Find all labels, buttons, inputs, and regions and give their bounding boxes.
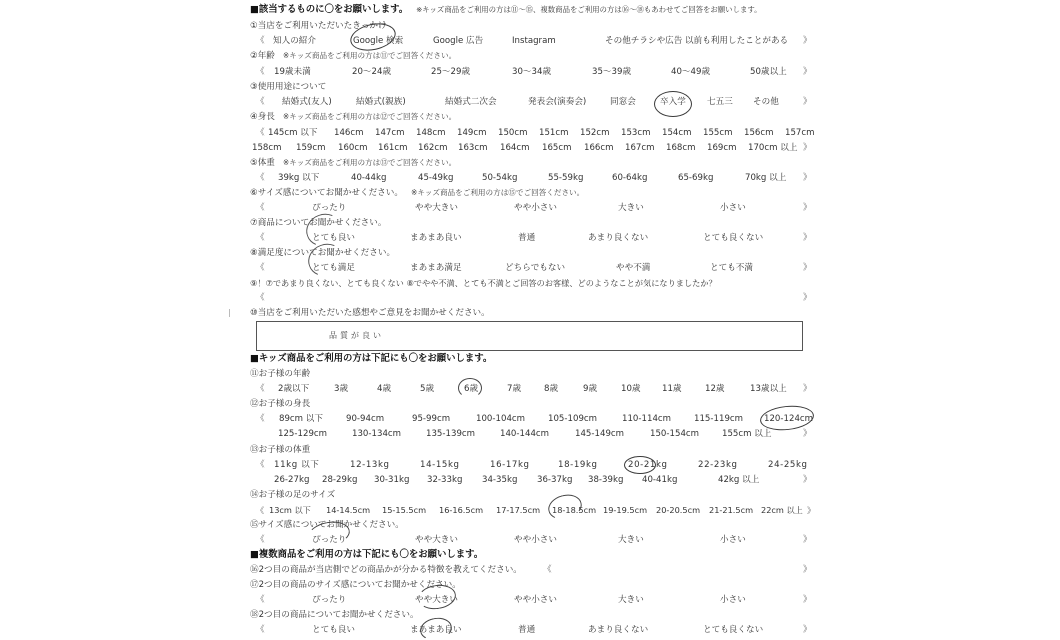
q12-option[interactable]: 135-139cm (426, 426, 475, 442)
bracket-close: 》 (803, 381, 812, 397)
q7-option[interactable]: とても良い (312, 230, 355, 246)
bracket-close: 》 (803, 562, 812, 578)
q6-option[interactable]: 大きい (618, 200, 644, 216)
q13-option[interactable]: 28-29kg (322, 472, 357, 488)
q4-option[interactable]: 169cm (707, 140, 737, 156)
q11-option[interactable]: 7歳 (507, 381, 521, 397)
bracket-open: 《 (256, 170, 265, 186)
q4-option[interactable]: 166cm (584, 140, 614, 156)
q4-option[interactable]: 158cm (252, 140, 282, 156)
q15-options: 《 ぴったり やや大きい やや小さい 大きい 小さい 》 (250, 532, 815, 548)
q4-option[interactable]: 152cm (580, 125, 610, 141)
bracket-close: 》 (803, 290, 812, 306)
q11-options: 《 2歳以下 3歳 4歳 5歳 6歳 7歳 8歳 9歳 10歳 11歳 12歳 … (250, 381, 815, 397)
q5-note: ※キッズ商品をご利用の方は⑬でご回答ください。 (283, 158, 456, 167)
q13-option[interactable]: 26-27kg (274, 472, 309, 488)
q17-label: ⑰2つ目の商品のサイズ感についてお聞かせください。 (250, 577, 461, 593)
q6-option[interactable]: やや小さい (514, 200, 557, 216)
q18-option[interactable]: とても良い (312, 622, 355, 638)
q11-option[interactable]: 3歳 (334, 381, 348, 397)
q12-option[interactable]: 150-154cm (650, 426, 699, 442)
q13-option[interactable]: 20-21kg (628, 457, 668, 473)
q11-label: ⑪お子様の年齢 (250, 366, 310, 382)
q4-option[interactable]: 165cm (542, 140, 572, 156)
q17-option[interactable]: 大きい (618, 592, 644, 608)
q15-label: ⑮サイズ感についてお聞かせください。 (250, 517, 404, 533)
q5-option[interactable]: 39kg 以下 (278, 170, 319, 186)
q4-options-row2: 158cm 159cm 160cm 161cm 162cm 163cm 164c… (250, 140, 815, 156)
bracket-close: 》 (803, 33, 812, 49)
q2-option[interactable]: 40～49歳 (671, 64, 710, 80)
q7-label: ⑦商品についてお聞かせください。 (250, 215, 386, 231)
q2-label-text: ②年齢 (250, 51, 275, 61)
q3-option[interactable]: 結婚式(親族) (356, 94, 406, 110)
bracket-open: 《 (256, 502, 264, 518)
bracket-close: 》 (803, 260, 812, 276)
bracket-close: 》 (803, 472, 812, 488)
q4-option[interactable]: 155cm (703, 125, 733, 141)
q12-option[interactable]: 145-149cm (575, 426, 624, 442)
bracket-open: 《 (256, 230, 265, 246)
bracket-close: 》 (803, 230, 812, 246)
q6-option[interactable]: やや大きい (415, 200, 458, 216)
q12-option[interactable]: 115-119cm (694, 411, 743, 427)
bracket-close: 》 (803, 592, 812, 608)
q18-option[interactable]: とても良くない (703, 622, 763, 638)
bracket-open: 《 (256, 411, 265, 427)
q13-option[interactable]: 24-25kg (768, 457, 808, 473)
q12-option[interactable]: 89cm 以下 (279, 411, 323, 427)
bracket-open: 《 (256, 125, 265, 141)
q4-option[interactable]: 170cm 以上 (748, 140, 797, 156)
bracket-open: 《 (256, 457, 265, 473)
q8-option[interactable]: とても満足 (312, 260, 355, 276)
q13-option[interactable]: 22-23kg (698, 457, 738, 473)
q3-option[interactable]: その他 (753, 94, 779, 110)
q4-option[interactable]: 160cm (338, 140, 368, 156)
bracket-open: 《 (256, 33, 265, 49)
q15-option[interactable]: 大きい (618, 532, 644, 548)
q14-option[interactable]: 20-20.5cm (656, 502, 700, 518)
q3-option[interactable]: 同窓会 (610, 94, 636, 110)
q11-option[interactable]: 9歳 (583, 381, 597, 397)
q12-option[interactable]: 155cm 以上 (722, 426, 771, 442)
q4-option[interactable]: 159cm (296, 140, 326, 156)
q12-option[interactable]: 140-144cm (500, 426, 549, 442)
q13-option[interactable]: 36-37kg (537, 472, 572, 488)
q2-note: ※キッズ商品をご利用の方は⑪でご回答ください。 (283, 51, 456, 60)
q8-label: ⑧満足度についてお聞かせください。 (250, 245, 395, 261)
scan-artifact (229, 309, 230, 317)
q13-option[interactable]: 34-35kg (482, 472, 517, 488)
q4-option[interactable]: 161cm (378, 140, 408, 156)
q5-label: ⑤体重※キッズ商品をご利用の方は⑬でご回答ください。 (250, 155, 456, 171)
q13-options-row1: 《 11kg 以下 12-13kg 14-15kg 16-17kg 18-19k… (250, 457, 820, 473)
q17-option[interactable]: 小さい (720, 592, 746, 608)
q8-option[interactable]: とても不満 (710, 260, 753, 276)
q4-option[interactable]: 150cm (498, 125, 528, 141)
q13-option[interactable]: 38-39kg (588, 472, 623, 488)
bracket-close: 》 (803, 64, 812, 80)
q2-option[interactable]: 30～34歳 (512, 64, 551, 80)
q14-option[interactable]: 14-14.5cm (326, 502, 370, 518)
q4-option[interactable]: 163cm (458, 140, 488, 156)
q1-option[interactable]: 以前も利用したことがある (685, 33, 788, 49)
q2-option[interactable]: 25～29歳 (431, 64, 470, 80)
q15-option[interactable]: 小さい (720, 532, 746, 548)
q12-option[interactable]: 120-124cm (764, 411, 813, 427)
q13-option[interactable]: 11kg 以下 (274, 457, 320, 473)
bracket-open: 《 (256, 200, 265, 216)
q2-option[interactable]: 19歳未満 (274, 64, 311, 80)
q4-option[interactable]: 153cm (621, 125, 651, 141)
q5-option[interactable]: 60-64kg (612, 170, 647, 186)
bracket-open: 《 (256, 94, 265, 110)
q3-option[interactable]: 卒入学 (660, 94, 686, 110)
q4-option[interactable]: 162cm (418, 140, 448, 156)
q18-label: ⑱2つ目の商品についてお聞かせください。 (250, 607, 419, 623)
q6-label: ⑥サイズ感についてお聞かせください。※キッズ商品をご利用の方は⑮でご回答ください… (250, 185, 584, 201)
q5-option[interactable]: 55-59kg (548, 170, 583, 186)
bracket-close: 》 (807, 502, 815, 518)
q13-option[interactable]: 18-19kg (558, 457, 598, 473)
q16-row: ⑯2つ目の商品が当店側でどの商品かが分かる特徴を教えてください。 《 》 (250, 562, 815, 578)
q9-label: ⑨！⑦であまり良くない、とても良くない ⑧でやや不満、とても不満とご回答のお客様… (250, 275, 717, 291)
q14-option[interactable]: 15-15.5cm (382, 502, 426, 518)
q18-option[interactable]: あまり良くない (588, 622, 648, 638)
bracket-close: 》 (803, 170, 812, 186)
q13-option[interactable]: 40-41kg (642, 472, 677, 488)
q1-option[interactable]: その他チラシや広告 (605, 33, 682, 49)
q14-option[interactable]: 17-17.5cm (496, 502, 540, 518)
q4-option[interactable]: 164cm (500, 140, 530, 156)
section-main-title: ■該当するものに〇をお願いします。 (250, 4, 408, 15)
q4-option[interactable]: 147cm (375, 125, 405, 141)
q4-option[interactable]: 151cm (539, 125, 569, 141)
q11-option[interactable]: 8歳 (544, 381, 558, 397)
q3-option[interactable]: 発表会(演奏会) (528, 94, 586, 110)
q10-comment-box[interactable]: 品質が良い (256, 321, 803, 351)
q7-option[interactable]: あまり良くない (588, 230, 648, 246)
q12-label: ⑫お子様の身長 (250, 396, 310, 412)
q12-option[interactable]: 105-109cm (548, 411, 597, 427)
q1-option[interactable]: 知人の紹介 (273, 33, 316, 49)
q16-label: ⑯2つ目の商品が当店側でどの商品かが分かる特徴を教えてください。 (250, 562, 522, 578)
q14-option[interactable]: 22cm 以上 (761, 502, 803, 518)
q4-option[interactable]: 148cm (416, 125, 446, 141)
q15-option[interactable]: やや大きい (415, 532, 458, 548)
q18-option[interactable]: 普通 (518, 622, 535, 638)
bracket-open: 《 (256, 290, 265, 306)
q14-label: ⑭お子様の足のサイズ (250, 487, 335, 503)
q17-option[interactable]: やや小さい (514, 592, 557, 608)
q17-option[interactable]: ぴったり (312, 592, 346, 608)
bracket-open: 《 (256, 592, 265, 608)
q12-options-row1: 《 89cm 以下 90-94cm 95-99cm 100-104cm 105-… (250, 411, 820, 427)
q12-option[interactable]: 90-94cm (346, 411, 384, 427)
q8-options: 《 とても満足 まあまあ満足 どちらでもない やや不満 とても不満 》 (250, 260, 815, 276)
q15-option[interactable]: やや小さい (514, 532, 557, 548)
q14-option[interactable]: 13cm 以下 (269, 502, 311, 518)
q14-option[interactable]: 18-18.5cm (552, 502, 596, 518)
q2-option[interactable]: 35～39歳 (592, 64, 631, 80)
section-kids-header: ■キッズ商品をご利用の方は下記にも〇をお願いします。 (250, 351, 492, 367)
q8-option[interactable]: まあまあ満足 (410, 260, 462, 276)
q14-option[interactable]: 16-16.5cm (439, 502, 483, 518)
q12-option[interactable]: 95-99cm (412, 411, 450, 427)
q8-option[interactable]: どちらでもない (505, 260, 565, 276)
q3-label: ③使用用途について (250, 79, 326, 95)
bracket-open: 《 (256, 64, 265, 80)
q7-option[interactable]: 普通 (518, 230, 535, 246)
q12-option[interactable]: 100-104cm (476, 411, 525, 427)
q6-options: 《 ぴったり やや大きい やや小さい 大きい 小さい 》 (250, 200, 815, 216)
q7-options: 《 とても良い まあまあ良い 普通 あまり良くない とても良くない 》 (250, 230, 815, 246)
q4-note: ※キッズ商品をご利用の方は⑫でご回答ください。 (283, 112, 456, 121)
questionnaire-form: ■該当するものに〇をお願いします。※キッズ商品をご利用の方は⑪～⑮、複数商品をご… (250, 0, 815, 640)
q13-option[interactable]: 16-17kg (490, 457, 530, 473)
q15-option[interactable]: ぴったり (312, 532, 346, 548)
section-main-header: ■該当するものに〇をお願いします。※キッズ商品をご利用の方は⑪～⑮、複数商品をご… (250, 2, 762, 18)
q4-option[interactable]: 156cm (744, 125, 774, 141)
q12-option[interactable]: 125-129cm (278, 426, 327, 442)
q18-option[interactable]: まあまあ良い (410, 622, 462, 638)
bracket-open: 《 (256, 532, 265, 548)
q11-option[interactable]: 2歳以下 (278, 381, 309, 397)
q5-option[interactable]: 65-69kg (678, 170, 713, 186)
bracket-close: 》 (803, 200, 812, 216)
q2-option[interactable]: 50歳以上 (750, 64, 787, 80)
q2-options: 《 19歳未満 20～24歳 25～29歳 30～34歳 35～39歳 40～4… (250, 64, 815, 80)
bracket-close: 》 (803, 622, 812, 638)
q14-option[interactable]: 21-21.5cm (709, 502, 753, 518)
q6-note: ※キッズ商品をご利用の方は⑮でご回答ください。 (411, 188, 584, 197)
q6-label-text: ⑥サイズ感についてお聞かせください。 (250, 188, 403, 198)
q13-option[interactable]: 12-13kg (350, 457, 390, 473)
q3-option[interactable]: 結婚式二次会 (445, 94, 497, 110)
q5-options: 《 39kg 以下 40-44kg 45-49kg 50-54kg 55-59k… (250, 170, 815, 186)
q13-options-row2: 26-27kg 28-29kg 30-31kg 32-33kg 34-35kg … (250, 472, 815, 488)
q4-option[interactable]: 146cm (334, 125, 364, 141)
q12-option[interactable]: 130-134cm (352, 426, 401, 442)
bracket-open: 《 (256, 260, 265, 276)
q18-options: 《 とても良い まあまあ良い 普通 あまり良くない とても良くない 》 (250, 622, 815, 638)
q5-label-text: ⑤体重 (250, 158, 275, 168)
q1-option[interactable]: Google 広告 (433, 33, 483, 49)
q4-options-row1: 《 145cm 以下 146cm 147cm 148cm 149cm 150cm… (250, 125, 815, 141)
bracket-open: 《 (256, 622, 265, 638)
q4-option[interactable]: 167cm (625, 140, 655, 156)
q8-option[interactable]: やや不満 (616, 260, 650, 276)
bracket-close: 》 (803, 532, 812, 548)
q4-option[interactable]: 145cm 以下 (268, 125, 317, 141)
q3-option[interactable]: 七五三 (707, 94, 733, 110)
q4-label-text: ④身長 (250, 112, 275, 122)
q11-option[interactable]: 6歳 (464, 381, 478, 397)
q7-option[interactable]: まあまあ良い (410, 230, 462, 246)
q10-label: ⑩当店をご利用いただいた感想やご意見をお聞かせください。 (250, 305, 490, 321)
q13-option[interactable]: 14-15kg (420, 457, 460, 473)
q17-options: 《 ぴったり やや大きい やや小さい 大きい 小さい 》 (250, 592, 815, 608)
section-multi-header: ■複数商品をご利用の方は下記にも〇をお願いします。 (250, 547, 483, 563)
q1-options: 《 知人の紹介 Google 検索 Google 広告 Instagram その… (250, 33, 815, 49)
q4-option[interactable]: 168cm (666, 140, 696, 156)
q3-option[interactable]: 結婚式(友人) (282, 94, 332, 110)
q4-label: ④身長※キッズ商品をご利用の方は⑫でご回答ください。 (250, 109, 456, 125)
q13-option[interactable]: 42kg 以上 (718, 472, 759, 488)
q5-option[interactable]: 50-54kg (482, 170, 517, 186)
q5-option[interactable]: 40-44kg (351, 170, 386, 186)
q5-option[interactable]: 70kg 以上 (745, 170, 786, 186)
q14-option[interactable]: 19-19.5cm (603, 502, 647, 518)
q12-option[interactable]: 110-114cm (622, 411, 671, 427)
q5-option[interactable]: 45-49kg (418, 170, 453, 186)
q11-option[interactable]: 4歳 (377, 381, 391, 397)
q11-option[interactable]: 13歳以上 (750, 381, 787, 397)
q11-option[interactable]: 5歳 (420, 381, 434, 397)
section-main-note: ※キッズ商品をご利用の方は⑪～⑮、複数商品をご利用の方は⑯～⑱もあわせてご回答を… (416, 5, 761, 14)
q2-option[interactable]: 20～24歳 (352, 64, 391, 80)
bracket-close: 》 (803, 140, 812, 156)
q10-handwritten-answer: 品質が良い (329, 330, 384, 341)
q11-option[interactable]: 11歳 (662, 381, 682, 397)
q1-option[interactable]: Instagram (512, 33, 556, 49)
bracket-open: 《 (543, 562, 552, 578)
q17-option[interactable]: やや大きい (415, 592, 458, 608)
bracket-close: 》 (803, 94, 812, 110)
bracket-close: 》 (803, 426, 812, 442)
q6-option[interactable]: 小さい (720, 200, 746, 216)
q14-options: 《 13cm 以下 14-14.5cm 15-15.5cm 16-16.5cm … (250, 502, 820, 518)
q4-option[interactable]: 149cm (457, 125, 487, 141)
q11-option[interactable]: 10歳 (621, 381, 641, 397)
bracket-open: 《 (256, 381, 265, 397)
q7-option[interactable]: とても良くない (703, 230, 763, 246)
q13-option[interactable]: 30-31kg (374, 472, 409, 488)
q4-option[interactable]: 154cm (662, 125, 692, 141)
q9-answer-row: 《 》 (250, 290, 815, 306)
q4-option[interactable]: 157cm (785, 125, 815, 141)
q11-option[interactable]: 12歳 (705, 381, 725, 397)
q1-label: ①当店をご利用いただいたきっかけ (250, 18, 387, 34)
q13-option[interactable]: 32-33kg (427, 472, 462, 488)
q13-label: ⑬お子様の体重 (250, 442, 310, 458)
q2-label: ②年齢※キッズ商品をご利用の方は⑪でご回答ください。 (250, 48, 456, 64)
q1-option[interactable]: Google 検索 (353, 33, 403, 49)
q3-options: 《 結婚式(友人) 結婚式(親族) 結婚式二次会 発表会(演奏会) 同窓会 卒入… (250, 94, 815, 110)
q12-options-row2: 125-129cm 130-134cm 135-139cm 140-144cm … (250, 426, 815, 442)
q6-option[interactable]: ぴったり (312, 200, 346, 216)
